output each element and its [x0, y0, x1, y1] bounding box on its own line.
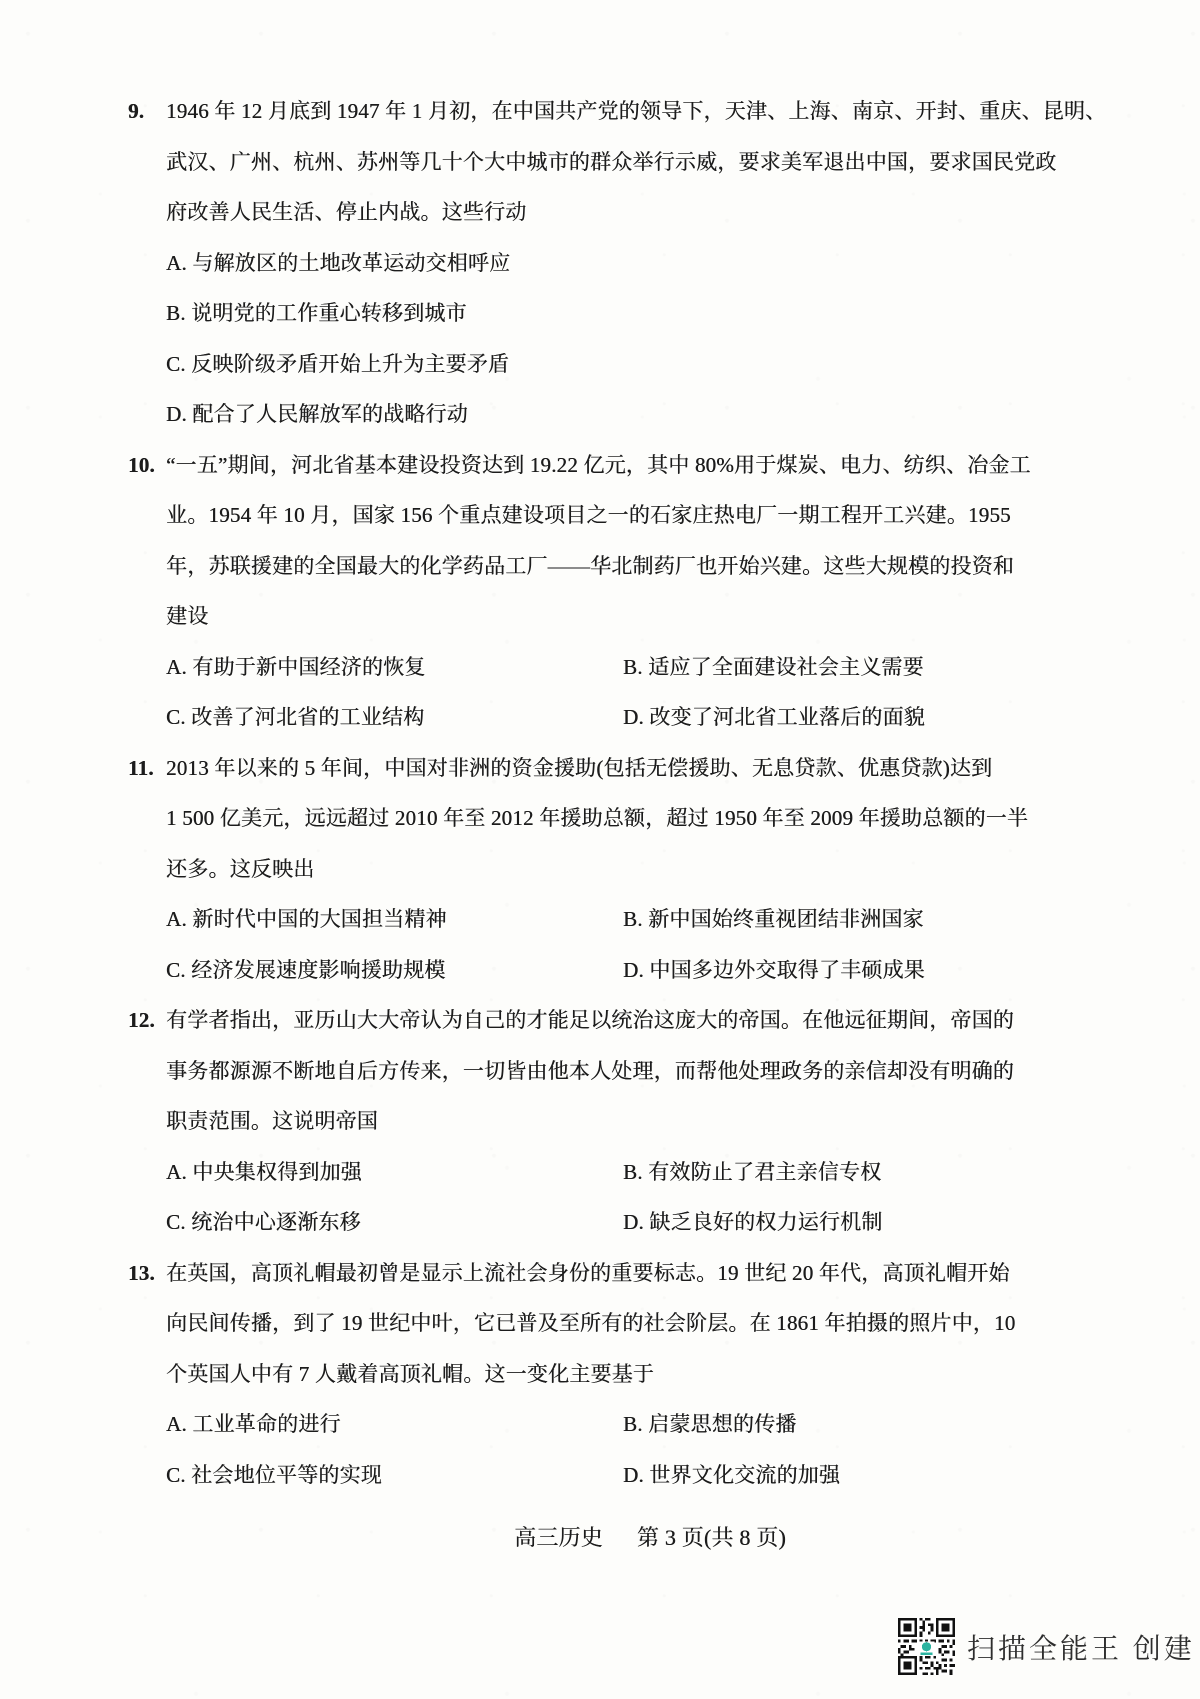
question-13: 13.在英国，高顶礼帽最初曾是显示上流社会身份的重要标志。19 世纪 20 年代… — [166, 1248, 1090, 1501]
option-c: C. 经济发展速度影响援助规模 — [166, 945, 623, 996]
question-9: 9.1946 年 12 月底到 1947 年 1 月初，在中国共产党的领导下，天… — [166, 86, 1090, 440]
option-d: D. 中国多边外交取得了丰硕成果 — [623, 945, 925, 996]
question-text: 1946 年 12 月底到 1947 年 1 月初，在中国共产党的领导下，天津、… — [166, 99, 1106, 123]
question-line: 职责范围。这说明帝国 — [166, 1096, 1090, 1147]
option-row: C. 社会地位平等的实现D. 世界文化交流的加强 — [166, 1450, 1090, 1501]
option-b: B. 适应了全面建设社会主义需要 — [623, 642, 924, 693]
option-a: A. 工业革命的进行 — [166, 1399, 623, 1450]
option-row: A. 有助于新中国经济的恢复B. 适应了全面建设社会主义需要 — [166, 642, 1090, 693]
question-line: 13.在英国，高顶礼帽最初曾是显示上流社会身份的重要标志。19 世纪 20 年代… — [128, 1248, 1090, 1299]
question-11: 11.2013 年以来的 5 年间，中国对非洲的资金援助(包括无偿援助、无息贷款… — [166, 743, 1090, 996]
option-b: B. 新中国始终重视团结非洲国家 — [623, 894, 924, 945]
question-number: 10. — [128, 440, 166, 491]
question-number: 13. — [128, 1248, 166, 1299]
option-a: A. 有助于新中国经济的恢复 — [166, 642, 623, 693]
question-text: 2013 年以来的 5 年间，中国对非洲的资金援助(包括无偿援助、无息贷款、优惠… — [166, 756, 992, 780]
question-line: 武汉、广州、杭州、苏州等几十个大中城市的群众举行示威，要求美军退出中国，要求国民… — [166, 137, 1090, 188]
question-number: 11. — [128, 743, 166, 794]
option-row: B. 说明党的工作重心转移到城市 — [166, 288, 1090, 339]
question-line: 还多。这反映出 — [166, 844, 1090, 895]
option-b: B. 启蒙思想的传播 — [623, 1399, 797, 1450]
option-row: A. 与解放区的土地改革运动交相呼应 — [166, 238, 1090, 289]
option-row: A. 中央集权得到加强B. 有效防止了君主亲信专权 — [166, 1147, 1090, 1198]
question-line: 向民间传播，到了 19 世纪中叶，它已普及至所有的社会阶层。在 1861 年拍摄… — [166, 1298, 1090, 1349]
question-text: 在英国，高顶礼帽最初曾是显示上流社会身份的重要标志。19 世纪 20 年代，高顶… — [166, 1261, 1010, 1285]
question-line: 年，苏联援建的全国最大的化学药品工厂——华北制药厂也开始兴建。这些大规模的投资和 — [166, 541, 1090, 592]
option-a: A. 中央集权得到加强 — [166, 1147, 623, 1198]
option-row: C. 改善了河北省的工业结构D. 改变了河北省工业落后的面貌 — [166, 692, 1090, 743]
page-footer: 高三历史第 3 页(共 8 页) — [188, 1524, 1112, 1551]
option-row: A. 新时代中国的大国担当精神B. 新中国始终重视团结非洲国家 — [166, 894, 1090, 945]
option-c: C. 反映阶级矛盾开始上升为主要矛盾 — [166, 339, 509, 390]
footer-page-number: 第 3 页(共 8 页) — [637, 1525, 786, 1550]
option-row: C. 统治中心逐渐东移D. 缺乏良好的权力运行机制 — [166, 1197, 1090, 1248]
question-number: 12. — [128, 995, 166, 1046]
camscanner-qr-icon — [898, 1618, 955, 1675]
question-12: 12.有学者指出，亚历山大大帝认为自己的才能足以统治这庞大的帝国。在他远征期间，… — [166, 995, 1090, 1248]
question-number: 9. — [128, 86, 166, 137]
question-line: 业。1954 年 10 月，国家 156 个重点建设项目之一的石家庄热电厂一期工… — [166, 490, 1090, 541]
camscanner-watermark: 扫描全能王 创建 — [898, 1618, 1195, 1675]
question-line: 12.有学者指出，亚历山大大帝认为自己的才能足以统治这庞大的帝国。在他远征期间，… — [128, 995, 1090, 1046]
question-text: 有学者指出，亚历山大大帝认为自己的才能足以统治这庞大的帝国。在他远征期间，帝国的 — [166, 1008, 1014, 1032]
option-row: D. 配合了人民解放军的战略行动 — [166, 389, 1090, 440]
option-c: C. 社会地位平等的实现 — [166, 1450, 623, 1501]
camscanner-watermark-text: 扫描全能王 创建 — [967, 1627, 1195, 1667]
option-b: B. 说明党的工作重心转移到城市 — [166, 288, 467, 339]
option-row: C. 经济发展速度影响援助规模D. 中国多边外交取得了丰硕成果 — [166, 945, 1090, 996]
option-b: B. 有效防止了君主亲信专权 — [623, 1147, 881, 1198]
option-a: A. 与解放区的土地改革运动交相呼应 — [166, 238, 510, 289]
option-a: A. 新时代中国的大国担当精神 — [166, 894, 623, 945]
option-d: D. 世界文化交流的加强 — [623, 1450, 840, 1501]
question-line: 事务都源源不断地自后方传来，一切皆由他本人处理，而帮他处理政务的亲信却没有明确的 — [166, 1046, 1090, 1097]
option-d: D. 改变了河北省工业落后的面貌 — [623, 692, 925, 743]
question-line: 建设 — [166, 591, 1090, 642]
question-line: 1 500 亿美元，远远超过 2010 年至 2012 年援助总额，超过 195… — [166, 793, 1090, 844]
question-line: 10.“一五”期间，河北省基本建设投资达到 19.22 亿元，其中 80%用于煤… — [128, 440, 1090, 491]
question-text: “一五”期间，河北省基本建设投资达到 19.22 亿元，其中 80%用于煤炭、电… — [166, 453, 1031, 477]
question-line: 个英国人中有 7 人戴着高顶礼帽。这一变化主要基于 — [166, 1349, 1090, 1400]
question-line: 11.2013 年以来的 5 年间，中国对非洲的资金援助(包括无偿援助、无息贷款… — [128, 743, 1090, 794]
option-row: C. 反映阶级矛盾开始上升为主要矛盾 — [166, 339, 1090, 390]
option-d: D. 配合了人民解放军的战略行动 — [166, 389, 468, 440]
question-line: 府改善人民生活、停止内战。这些行动 — [166, 187, 1090, 238]
option-c: C. 改善了河北省的工业结构 — [166, 692, 623, 743]
option-row: A. 工业革命的进行B. 启蒙思想的传播 — [166, 1399, 1090, 1450]
option-c: C. 统治中心逐渐东移 — [166, 1197, 623, 1248]
question-line: 9.1946 年 12 月底到 1947 年 1 月初，在中国共产党的领导下，天… — [128, 86, 1090, 137]
question-10: 10.“一五”期间，河北省基本建设投资达到 19.22 亿元，其中 80%用于煤… — [166, 440, 1090, 743]
exam-content: 9.1946 年 12 月底到 1947 年 1 月初，在中国共产党的领导下，天… — [0, 0, 1200, 1551]
footer-course-label: 高三历史 — [514, 1525, 603, 1550]
option-d: D. 缺乏良好的权力运行机制 — [623, 1197, 882, 1248]
